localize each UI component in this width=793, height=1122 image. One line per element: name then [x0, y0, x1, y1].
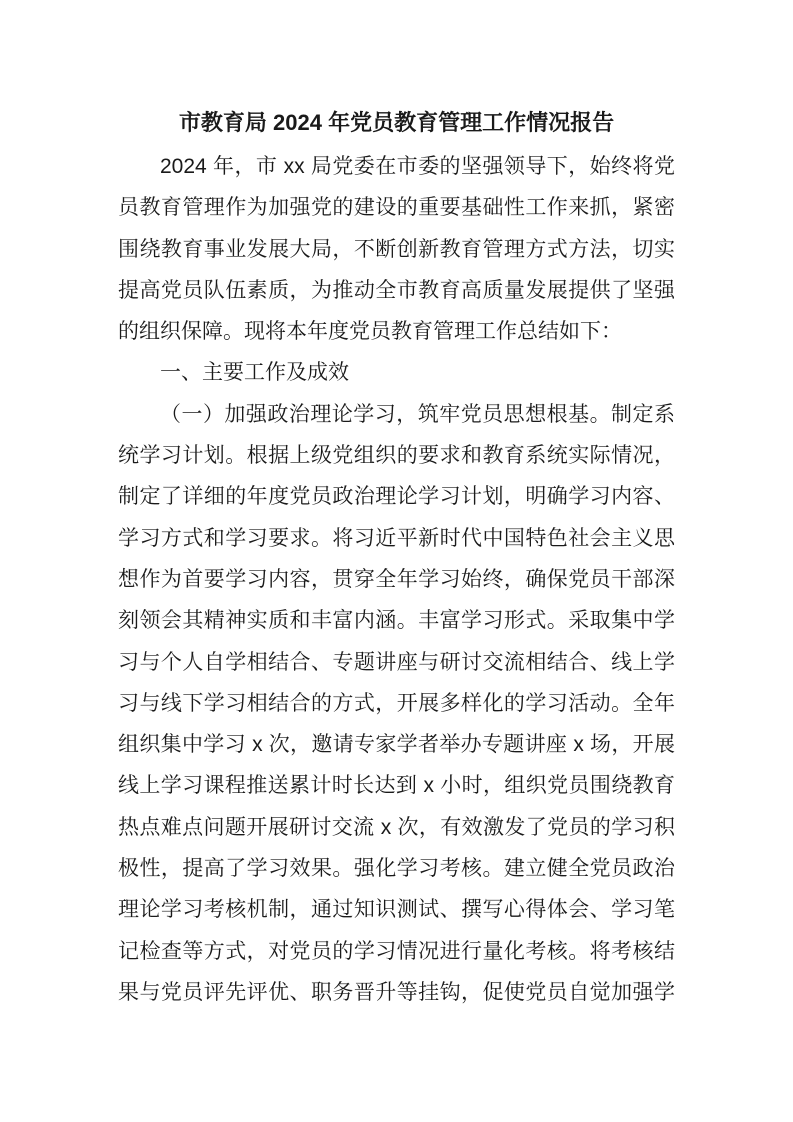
- text-line: 果与党员评先评优、职务晋升等挂钩，促使党员自觉加强学: [118, 972, 675, 1013]
- text-line: 的组织保障。现将本年度党员教育管理工作总结如下：: [118, 311, 675, 352]
- text-line: 记检查等方式，对党员的学习情况进行量化考核。将考核结: [118, 931, 675, 972]
- text-line: 一、主要工作及成效: [118, 352, 675, 393]
- text-line: 极性，提高了学习效果。强化学习考核。建立健全党员政治: [118, 848, 675, 889]
- text-line: 围绕教育事业发展大局，不断创新教育管理方式方法，切实: [118, 229, 675, 270]
- text-line: 线上学习课程推送累计时长达到 x 小时，组织党员围绕教育: [118, 765, 675, 806]
- text-line: 统学习计划。根据上级党组织的要求和教育系统实际情况，: [118, 435, 675, 476]
- text-line: 提高党员队伍素质，为推动全市教育高质量发展提供了坚强: [118, 270, 675, 311]
- text-line: 刻领会其精神实质和丰富内涵。丰富学习形式。采取集中学: [118, 600, 675, 641]
- text-line: 制定了详细的年度党员政治理论学习计划，明确学习内容、: [118, 476, 675, 517]
- text-line: 热点难点问题开展研讨交流 x 次，有效激发了党员的学习积: [118, 807, 675, 848]
- text-line: 员教育管理作为加强党的建设的重要基础性工作来抓，紧密: [118, 187, 675, 228]
- text-line: 2024 年，市 xx 局党委在市委的坚强领导下，始终将党: [118, 146, 675, 187]
- text-line: 习与线下学习相结合的方式，开展多样化的学习活动。全年: [118, 683, 675, 724]
- document-body: 市教育局 2024 年党员教育管理工作情况报告2024 年，市 xx 局党委在市…: [118, 100, 675, 1013]
- text-line: （一）加强政治理论学习，筑牢党员思想根基。制定系: [118, 394, 675, 435]
- document-title: 市教育局 2024 年党员教育管理工作情况报告: [118, 100, 675, 146]
- text-line: 想作为首要学习内容，贯穿全年学习始终，确保党员干部深: [118, 559, 675, 600]
- text-line: 习与个人自学相结合、专题讲座与研讨交流相结合、线上学: [118, 642, 675, 683]
- text-line: 理论学习考核机制，通过知识测试、撰写心得体会、学习笔: [118, 889, 675, 930]
- document-page: 市教育局 2024 年党员教育管理工作情况报告2024 年，市 xx 局党委在市…: [0, 0, 793, 1122]
- text-line: 组织集中学习 x 次，邀请专家学者举办专题讲座 x 场，开展: [118, 724, 675, 765]
- text-line: 学习方式和学习要求。将习近平新时代中国特色社会主义思: [118, 518, 675, 559]
